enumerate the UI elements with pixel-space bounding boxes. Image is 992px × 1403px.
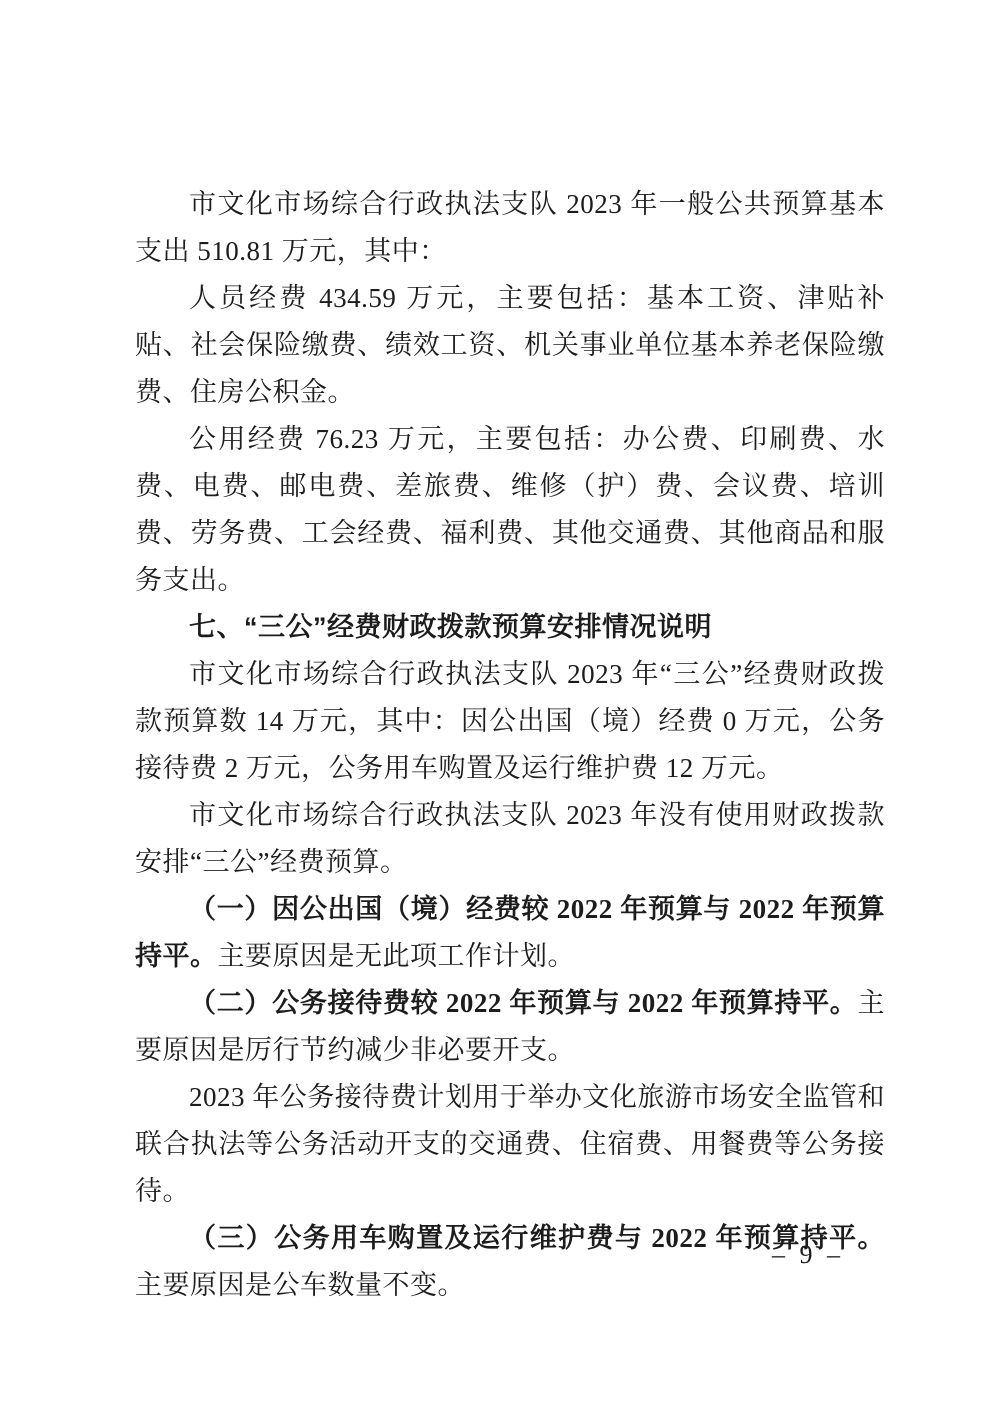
document-page: 市文化市场综合行政执法支队 2023 年一般公共预算基本支出 510.81 万元… — [0, 0, 992, 1403]
text-segment: 七、“三公”经费财政拨款预算安排情况说明 — [189, 612, 712, 642]
paragraph: （二）公务接待费较 2022 年预算与 2022 年预算持平。主要原因是厉行节约… — [135, 980, 885, 1074]
text-segment: （二）公务接待费较 2022 年预算与 2022 年预算持平。 — [189, 988, 858, 1018]
text-segment: 人员经费 434.59 万元，主要包括：基本工资、津贴补贴、社会保险缴费、绩效工… — [135, 283, 885, 407]
paragraph: 市文化市场综合行政执法支队 2023 年一般公共预算基本支出 510.81 万元… — [135, 181, 885, 275]
page-number: – 9 – — [772, 1240, 844, 1270]
paragraph: 2023 年公务接待费计划用于举办文化旅游市场安全监管和联合执法等公务活动开支的… — [135, 1074, 885, 1215]
text-segment: 主要原因是公车数量不变。 — [135, 1270, 465, 1300]
text-segment: 市文化市场综合行政执法支队 2023 年没有使用财政拨款安排“三公”经费预算。 — [135, 800, 885, 877]
paragraph: 市文化市场综合行政执法支队 2023 年“三公”经费财政拨款预算数 14 万元，… — [135, 651, 885, 792]
paragraph: 市文化市场综合行政执法支队 2023 年没有使用财政拨款安排“三公”经费预算。 — [135, 792, 885, 886]
text-segment: 公用经费 76.23 万元，主要包括：办公费、印刷费、水费、电费、邮电费、差旅费… — [135, 424, 885, 595]
document-body: 市文化市场综合行政执法支队 2023 年一般公共预算基本支出 510.81 万元… — [135, 181, 885, 1309]
paragraph: 人员经费 434.59 万元，主要包括：基本工资、津贴补贴、社会保险缴费、绩效工… — [135, 275, 885, 416]
paragraph: 公用经费 76.23 万元，主要包括：办公费、印刷费、水费、电费、邮电费、差旅费… — [135, 416, 885, 604]
text-segment: 主要原因是无此项工作计划。 — [218, 941, 576, 971]
text-segment: 市文化市场综合行政执法支队 2023 年一般公共预算基本支出 510.81 万元… — [135, 189, 885, 266]
section-heading: 七、“三公”经费财政拨款预算安排情况说明 — [135, 604, 885, 651]
text-segment: 市文化市场综合行政执法支队 2023 年“三公”经费财政拨款预算数 14 万元，… — [135, 659, 885, 783]
text-segment: 2023 年公务接待费计划用于举办文化旅游市场安全监管和联合执法等公务活动开支的… — [135, 1082, 885, 1206]
paragraph: （一）因公出国（境）经费较 2022 年预算与 2022 年预算持平。主要原因是… — [135, 886, 885, 980]
